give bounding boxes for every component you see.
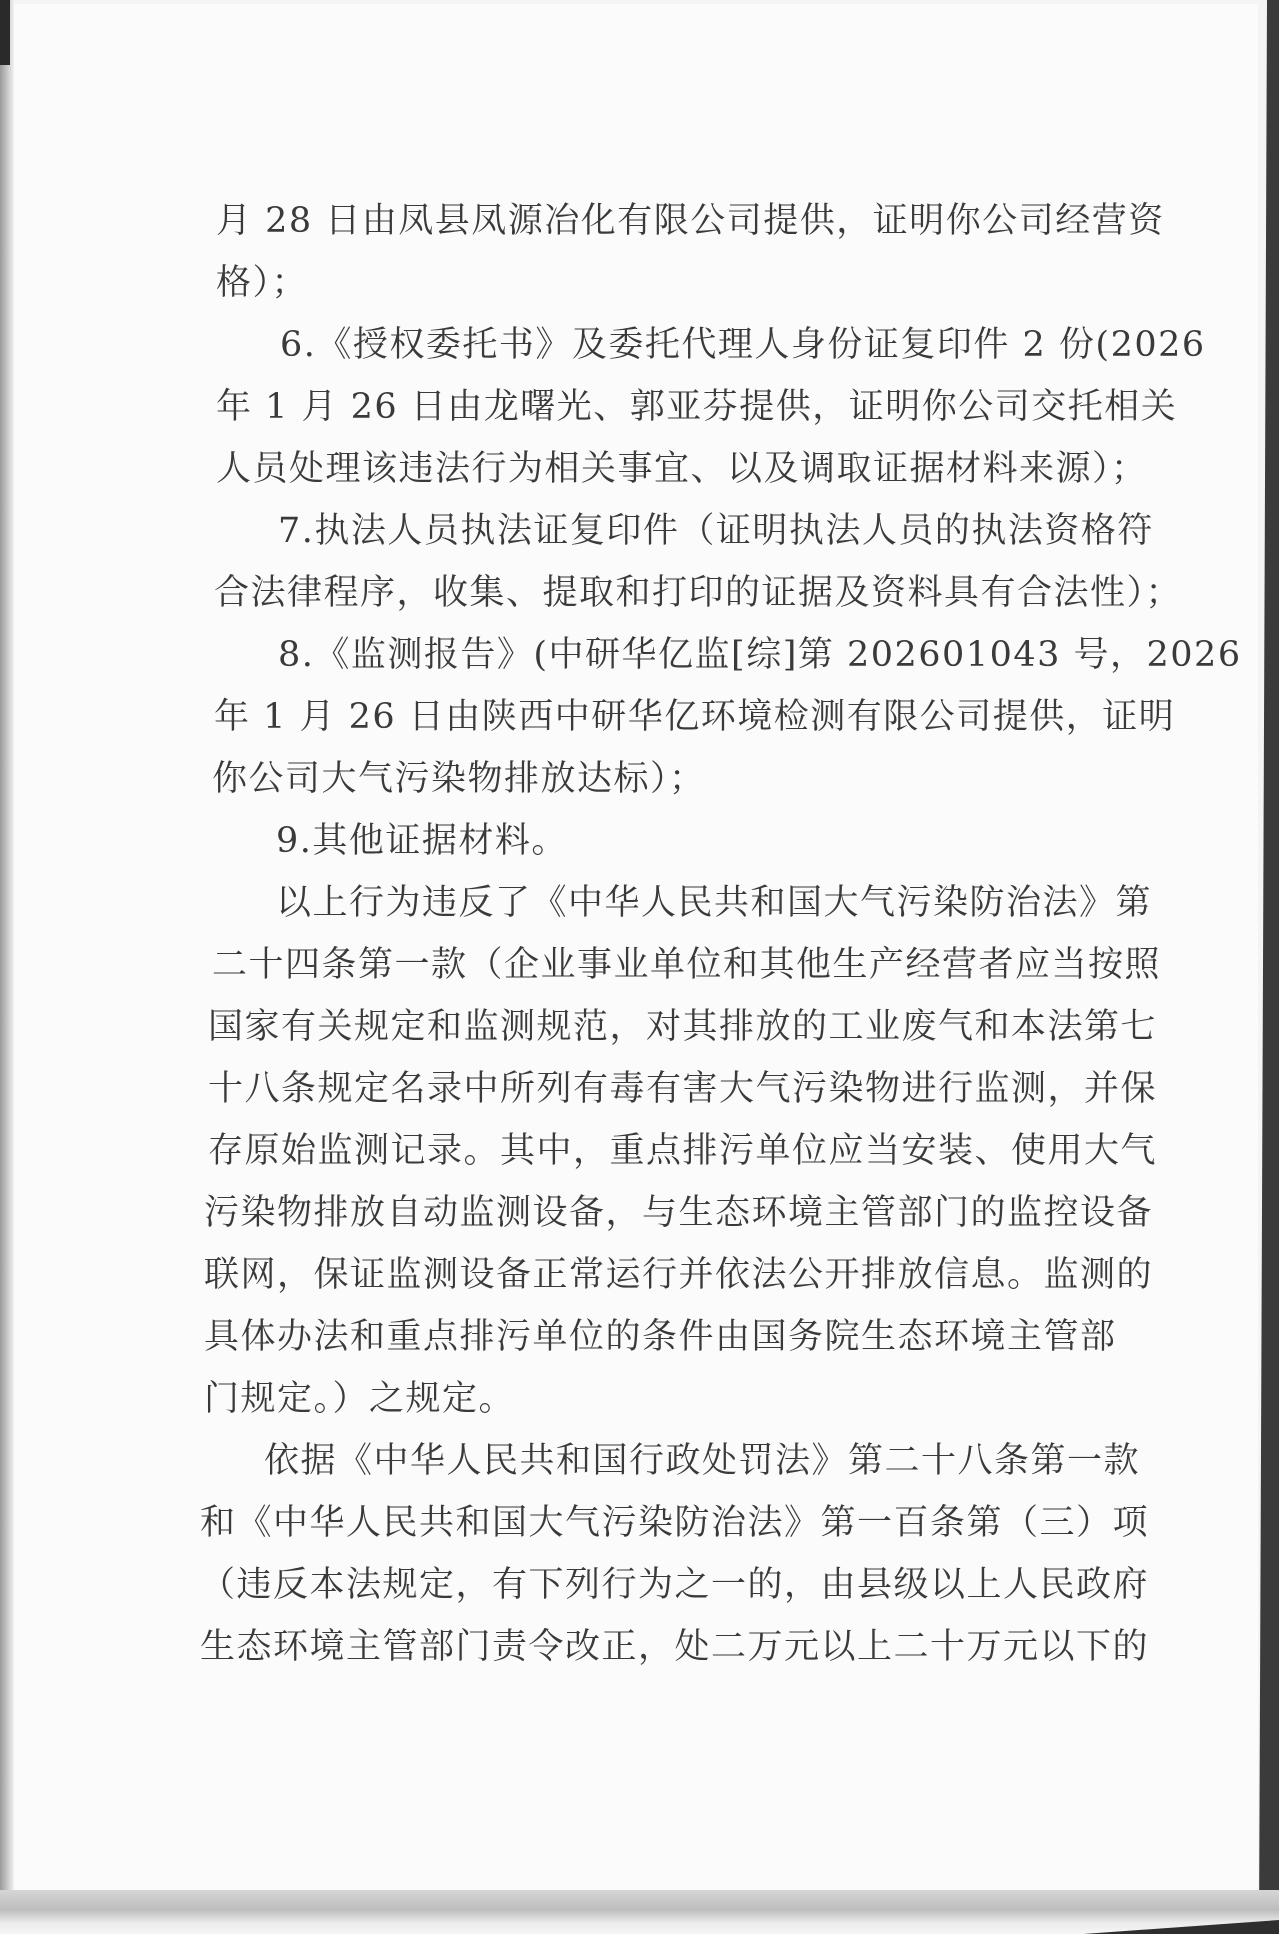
basis-paragraph: 依据《中华人民共和国行政处罚法》第二十八条第一款 [196, 1430, 1066, 1492]
evidence-item-7: 7.执法人员执法证复印件（证明执法人员的执法资格符 [196, 500, 1066, 562]
evidence-item-8: 8.《监测报告》(中研华亿监[综]第 202601043 号，2026 [196, 624, 1066, 686]
text-line: 月 28 日由凤县凤源冶化有限公司提供，证明你公司经营资 [196, 190, 1066, 252]
text-line: 十八条规定名录中所列有毒有害大气污染物进行监测，并保 [196, 1058, 1066, 1120]
text-line: 具体办法和重点排污单位的条件由国务院生态环境主管部 [196, 1306, 1066, 1368]
text-line: 国家有关规定和监测规范，对其排放的工业废气和本法第七 [196, 996, 1066, 1058]
text-line: （违反本法规定，有下列行为之一的，由县级以上人民政府 [196, 1554, 1066, 1616]
background-edge-right [1259, 0, 1279, 1934]
text-line: 格）； [196, 252, 1066, 314]
document-photo: 月 28 日由凤县凤源冶化有限公司提供，证明你公司经营资 格）； 6.《授权委托… [0, 0, 1279, 1934]
text-line: 污染物排放自动监测设备，与生态环境主管部门的监控设备 [196, 1182, 1066, 1244]
text-line: 合法律程序，收集、提取和打印的证据及资料具有合法性）； [196, 562, 1066, 624]
document-body: 月 28 日由凤县凤源冶化有限公司提供，证明你公司经营资 格）； 6.《授权委托… [196, 190, 1066, 1678]
text-line: 年 1 月 26 日由陕西中研华亿环境检测有限公司提供，证明 [196, 686, 1066, 748]
text-line: 年 1 月 26 日由龙曙光、郭亚芬提供，证明你公司交托相关 [196, 376, 1066, 438]
evidence-item-9: 9.其他证据材料。 [196, 810, 1066, 872]
text-line: 存原始监测记录。其中，重点排污单位应当安装、使用大气 [196, 1120, 1066, 1182]
page-bottom-edge [0, 1890, 1279, 1934]
text-line: 人员处理该违法行为相关事宜、以及调取证据材料来源）； [196, 438, 1066, 500]
background-edge-left [0, 0, 14, 1934]
text-line: 门规定。）之规定。 [196, 1368, 1066, 1430]
text-line: 二十四条第一款（企业事业单位和其他生产经营者应当按照 [196, 934, 1066, 996]
evidence-item-6: 6.《授权委托书》及委托代理人身份证复印件 2 份(2026 [196, 314, 1066, 376]
text-line: 你公司大气污染物排放达标）； [196, 748, 1066, 810]
violation-paragraph: 以上行为违反了《中华人民共和国大气污染防治法》第 [196, 872, 1066, 934]
text-line: 联网，保证监测设备正常运行并依法公开排放信息。监测的 [196, 1244, 1066, 1306]
text-line: 生态环境主管部门责令改正，处二万元以上二十万元以下的 [196, 1616, 1066, 1678]
background-corner-top-left [0, 0, 10, 65]
text-line: 和《中华人民共和国大气污染防治法》第一百条第（三）项 [196, 1492, 1066, 1554]
